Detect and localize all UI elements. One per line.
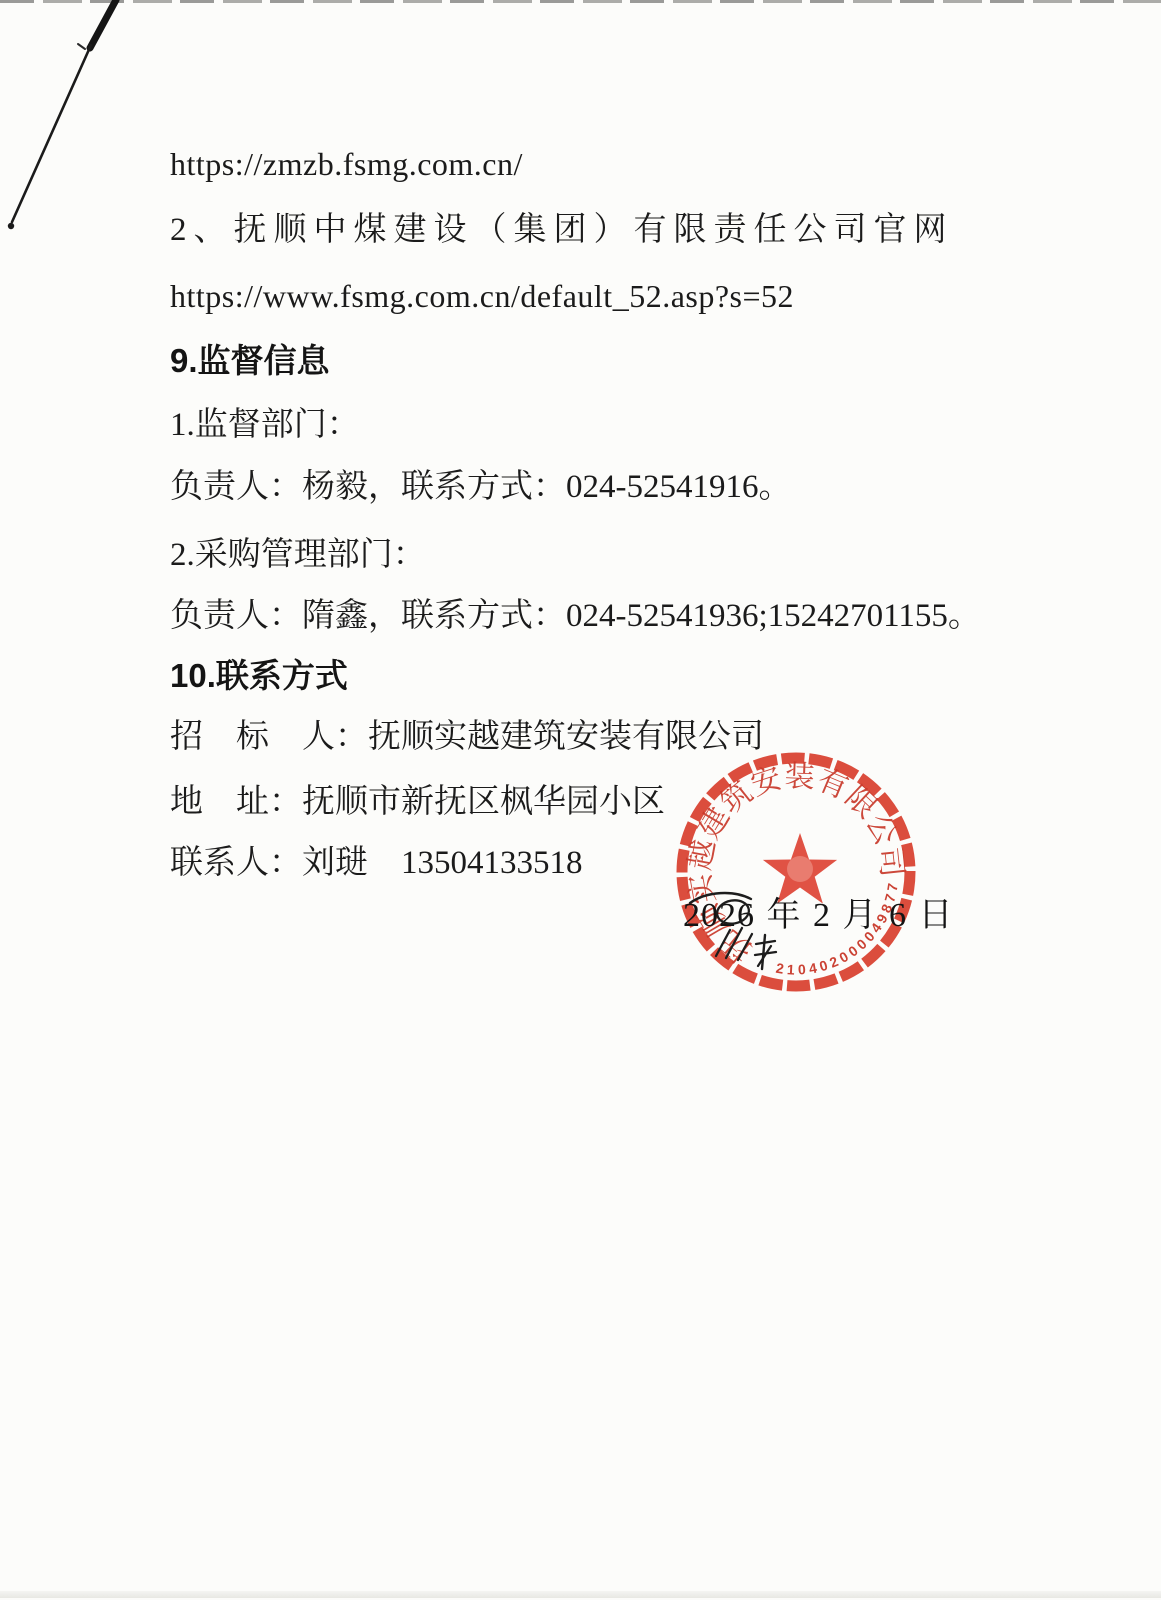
heading-contact-info: 10.联系方式 xyxy=(170,657,348,695)
company-seal-stamp: 抚顺实越建筑安装有限公司 210402000049877 xyxy=(672,748,922,998)
svg-text:4: 4 xyxy=(808,960,819,977)
svg-text:2: 2 xyxy=(775,960,786,977)
document-page: https://zmzb.fsmg.com.cn/ 2、抚顺中煤建设（集团）有限… xyxy=(0,0,1161,1600)
purchase-contact-line: 负责人：隋鑫，联系方式：024-52541936;15242701155。 xyxy=(170,598,981,636)
scan-top-edge-artifact xyxy=(0,0,1161,3)
svg-text:装: 装 xyxy=(784,760,815,794)
url-zmzb: https://zmzb.fsmg.com.cn/ xyxy=(170,146,523,183)
document-date: 2026 年 2 月 6 日 xyxy=(683,887,954,936)
supervision-contact-line: 负责人：杨毅，联系方式：024-52541916。 xyxy=(170,469,792,507)
url-fsmg-default: https://www.fsmg.com.cn/default_52.asp?s… xyxy=(170,278,794,315)
pen-stroke-mark xyxy=(0,0,135,245)
supervision-dept-label: 1.监督部门： xyxy=(170,407,360,445)
svg-text:0: 0 xyxy=(797,961,806,977)
svg-text:司: 司 xyxy=(873,845,909,878)
purchase-dept-label: 2.采购管理部门： xyxy=(170,537,426,575)
contact-person-line: 联系人：刘琎 13504133518 xyxy=(170,845,583,883)
seal-star-highlight xyxy=(787,856,813,882)
scan-bottom-edge-artifact xyxy=(0,1591,1161,1598)
heading-supervision-info: 9.监督信息 xyxy=(170,342,330,380)
svg-text:1: 1 xyxy=(786,961,795,977)
address-line: 地 址：抚顺市新抚区枫华园小区 xyxy=(170,784,665,822)
official-site-line: 2、抚顺中煤建设（集团）有限责任公司官网 xyxy=(170,212,954,250)
